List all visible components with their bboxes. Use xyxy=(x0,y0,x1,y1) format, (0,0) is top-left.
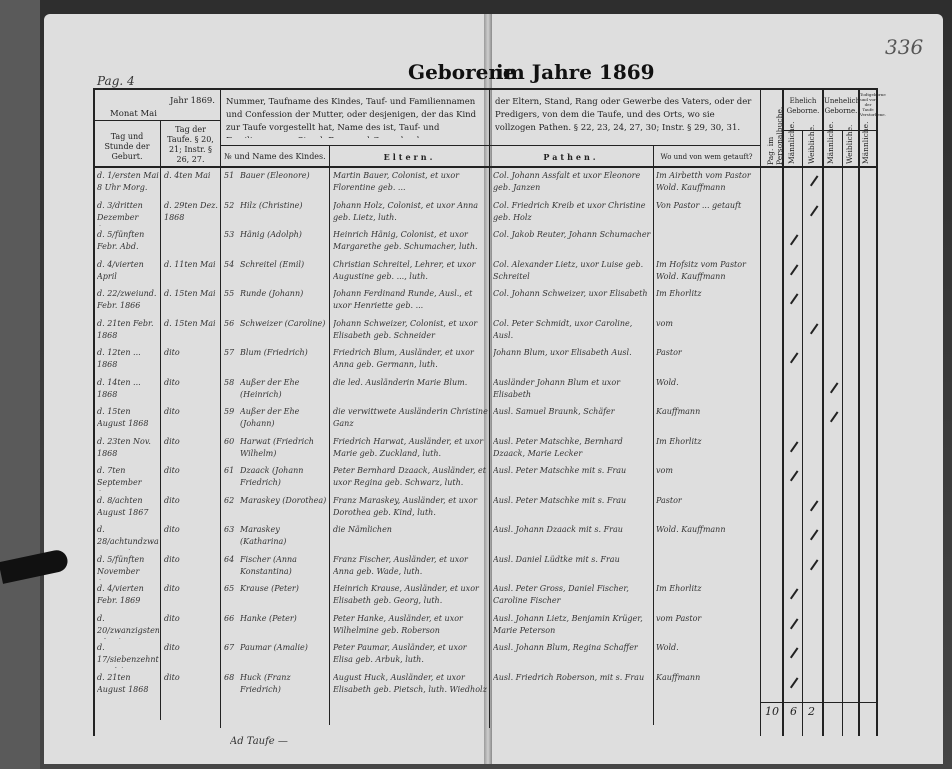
child-name: Krause (Peter) xyxy=(240,583,328,609)
baptism-cell: d. 15ten Mai xyxy=(164,288,219,314)
where-baptized-cell: Im Ehorlitz xyxy=(656,436,759,462)
parents-cell: Johann Holz, Colonist, et uxor Anna geb.… xyxy=(333,200,488,226)
baptism-cell xyxy=(164,229,219,255)
child-number: 53 xyxy=(224,229,238,255)
baptism-cell: dito xyxy=(164,347,219,373)
child-name: Dzaack (Johann Friedrich) xyxy=(240,465,328,491)
godparents-cell: Ausl. Daniel Lüdtke mit s. Frau xyxy=(493,554,651,580)
birth-cell: d. 23ten Nov. 1868 xyxy=(97,436,159,462)
col-divider-legit-group xyxy=(822,88,824,736)
total-legit-female: 6 xyxy=(790,705,797,718)
parents-cell: Peter Bernhard Dzaack, Ausländer, et uxo… xyxy=(333,465,488,491)
baptism-cell: dito xyxy=(164,436,219,462)
where-baptized-cell: Wold. Kauffmann xyxy=(656,524,759,550)
col-divider-birth xyxy=(160,120,161,720)
birth-cell: d. 7ten September 1868 xyxy=(97,465,159,491)
child-name: Maraskey (Dorothea) xyxy=(240,495,328,521)
godparents-cell: Ausl. Johann Blum, Regina Schaffer xyxy=(493,642,651,668)
child-number: 66 xyxy=(224,613,238,639)
birth-cell: d. 22/zweiund. Febr. 1866 xyxy=(97,288,159,314)
totals-line xyxy=(760,702,877,703)
page-ref: Pag. 4 xyxy=(97,74,135,88)
col-header-child: № und Name des Kindes. xyxy=(222,152,328,162)
child-name: Schweizer (Caroline) xyxy=(240,318,328,344)
birth-cell: d. 21ten Febr. 1868 xyxy=(97,318,159,344)
parents-cell: Johann Schweizer, Colonist, et uxor Elis… xyxy=(333,318,488,344)
illegit-female-header: Weibliche. xyxy=(845,134,854,164)
godparents-cell: Ausl. Johann Lietz, Benjamin Krüger, Mar… xyxy=(493,613,651,639)
col-divider-legit xyxy=(802,130,803,736)
child-name: Fischer (Anna Konstantina) xyxy=(240,554,328,580)
legit-male-header: Männliche. xyxy=(787,134,796,164)
where-baptized-cell xyxy=(656,554,759,580)
child-number: 58 xyxy=(224,377,238,403)
legit-female-header: Weibliche. xyxy=(807,134,816,164)
col-divider-illegit-group xyxy=(858,88,860,736)
parents-cell: Johann Ferdinand Runde, Ausl., et uxor H… xyxy=(333,288,488,314)
child-number: 57 xyxy=(224,347,238,373)
where-baptized-cell: Wold. xyxy=(656,642,759,668)
baptism-cell: dito xyxy=(164,583,219,609)
birth-cell: d. 28/achtundzwanzigsten Januar 1869 xyxy=(97,524,159,550)
baptism-cell: dito xyxy=(164,377,219,403)
where-baptized-cell: vom xyxy=(656,318,759,344)
parents-cell: Friedrich Harwat, Ausländer, et uxor Mar… xyxy=(333,436,488,462)
where-baptized-cell: vom Pastor xyxy=(656,613,759,639)
where-baptized-cell xyxy=(656,229,759,255)
parents-cell: Franz Maraskey, Ausländer, et uxor Dorot… xyxy=(333,495,488,521)
year-label: Jahr 1869. xyxy=(110,95,215,108)
parents-cell: Peter Paumar, Ausländer, et uxor Elisa g… xyxy=(333,642,488,668)
child-number: 67 xyxy=(224,642,238,668)
parents-cell: Heinrich Hänig, Colonist, et uxor Margar… xyxy=(333,229,488,255)
col-header-birth: Tag und Stunde der Geburt. xyxy=(96,132,158,162)
baptism-cell: d. 15ten Mai xyxy=(164,318,219,344)
illegit-male-header: Männliche. xyxy=(826,134,835,164)
header-description-right: der Eltern, Stand, Rang oder Gewerbe des… xyxy=(495,96,755,138)
group-header-dead: Todtgeborne und vor der Taufe Verstorben… xyxy=(860,92,876,117)
godparents-cell: Ausl. Johann Dzaack mit s. Frau xyxy=(493,524,651,550)
header-description-left: Nummer, Taufname des Kindes, Tauf- und F… xyxy=(226,96,484,138)
dead-male-header: Männliche. xyxy=(861,134,870,164)
child-name: Blum (Friedrich) xyxy=(240,347,328,373)
birth-cell: d. 8/achten August 1867 xyxy=(97,495,159,521)
birth-cell: d. 4/vierten Febr. 1869 xyxy=(97,583,159,609)
child-number: 63 xyxy=(224,524,238,550)
child-name: Paumar (Amalie) xyxy=(240,642,328,668)
child-name: Außer der Ehe (Heinrich) xyxy=(240,377,328,403)
col-divider-child xyxy=(329,145,330,725)
godparents-cell: Ausl. Peter Gross, Daniel Fischer, Carol… xyxy=(493,583,651,609)
where-baptized-cell: Im Hofsitz vom Pastor Wold. Kauffmann xyxy=(656,259,759,285)
col-header-where: Wo und von wem getauft? xyxy=(654,152,759,162)
godparents-cell: Col. Friedrich Kreib et uxor Christine g… xyxy=(493,200,651,226)
birth-cell: d. 15ten August 1868 xyxy=(97,406,159,432)
where-baptized-cell: Im Ehorlitz xyxy=(656,583,759,609)
where-baptized-cell: Wold. xyxy=(656,377,759,403)
godparents-cell: Col. Johann Assfalt et uxor Eleonore geb… xyxy=(493,170,651,196)
title-right: im Jahre 1869 xyxy=(496,60,655,84)
child-name: Hilz (Christine) xyxy=(240,200,328,226)
godparents-cell: Johann Blum, uxor Elisabeth Ausl. xyxy=(493,347,651,373)
where-baptized-cell: Im Ehorlitz xyxy=(656,288,759,314)
child-name: Hanke (Peter) xyxy=(240,613,328,639)
birth-cell: d. 4/vierten April xyxy=(97,259,159,285)
where-baptized-cell: vom xyxy=(656,465,759,491)
baptism-cell: d. 29ten Dez. 1868 xyxy=(164,200,219,226)
col-header-pag: Pag. im Personalbuche. xyxy=(766,95,784,165)
where-baptized-cell: Pastor xyxy=(656,495,759,521)
birth-cell: d. 5/fünften Febr. Abd. xyxy=(97,229,159,255)
godparents-cell: Ausl. Peter Matschke mit s. Frau xyxy=(493,465,651,491)
birth-cell: d. 1/ersten Mai 8 Uhr Morg. xyxy=(97,170,159,196)
child-number: 60 xyxy=(224,436,238,462)
table-right-border xyxy=(876,88,878,736)
col-divider-parents xyxy=(489,88,490,728)
where-baptized-cell: Im Airbetth vom Pastor Wold. Kauffmann xyxy=(656,170,759,196)
where-baptized-cell: Pastor xyxy=(656,347,759,373)
group-header-legit: Ehelich Geborne. xyxy=(784,96,822,116)
birth-cell: d. 3/dritten Dezember 1868 xyxy=(97,200,159,226)
total-legit-male: 10 xyxy=(765,705,779,718)
parents-cell: die verwittwete Ausländerin Christine Ga… xyxy=(333,406,488,432)
child-number: 68 xyxy=(224,672,238,698)
parents-cell: Martin Bauer, Colonist, et uxor Florenti… xyxy=(333,170,488,196)
baptism-cell: d. 11ten Mai xyxy=(164,259,219,285)
folio-number: 336 xyxy=(885,35,923,59)
godparents-cell: Col. Jakob Reuter, Johann Schumacher xyxy=(493,229,651,255)
child-number: 51 xyxy=(224,170,238,196)
baptism-cell: dito xyxy=(164,613,219,639)
godparents-cell: Ausl. Peter Matschke, Bernhard Dzaack, M… xyxy=(493,436,651,462)
col-divider-where xyxy=(760,88,761,736)
godparents-cell: Col. Johann Schweizer, uxor Elisabeth xyxy=(493,288,651,314)
baptism-cell: dito xyxy=(164,554,219,580)
total-illegit-male: 2 xyxy=(808,705,815,718)
child-name: Huck (Franz Friedrich) xyxy=(240,672,328,698)
child-number: 65 xyxy=(224,583,238,609)
child-name: Maraskey (Katharina) xyxy=(240,524,328,550)
birth-cell: d. 14ten ... 1868 xyxy=(97,377,159,403)
birth-cell: d. 12ten ... 1868 xyxy=(97,347,159,373)
parents-cell: Friedrich Blum, Ausländer, et uxor Anna … xyxy=(333,347,488,373)
baptism-cell: dito xyxy=(164,524,219,550)
child-name: Runde (Johann) xyxy=(240,288,328,314)
subheader-divider xyxy=(220,145,760,146)
baptism-cell: dito xyxy=(164,406,219,432)
child-name: Außer der Ehe (Johann) xyxy=(240,406,328,432)
col-header-baptism: Tag der Taufe. § 20, 21; Instr. § 26, 27… xyxy=(162,125,219,165)
child-name: Harwat (Friedrich Wilhelm) xyxy=(240,436,328,462)
where-baptized-cell: Von Pastor ... getauft xyxy=(656,200,759,226)
godparents-cell: Ausl. Samuel Braunk, Schäfer xyxy=(493,406,651,432)
baptism-cell: d. 4ten Mai xyxy=(164,170,219,196)
where-baptized-cell: Kauffmann xyxy=(656,406,759,432)
birth-cell: d. 20/zwanzigsten Okt. 1868 xyxy=(97,613,159,639)
parents-cell: Peter Hanke, Ausländer, et uxor Wilhelmi… xyxy=(333,613,488,639)
child-name: Bauer (Eleonore) xyxy=(240,170,328,196)
birth-cell: d. 5/fünften November 1868 xyxy=(97,554,159,580)
godparents-cell: Ausl. Friedrich Roberson, mit s. Frau xyxy=(493,672,651,698)
birth-cell: d. 17/siebenzehnten April 1867 xyxy=(97,642,159,668)
child-number: 52 xyxy=(224,200,238,226)
col-divider-pag xyxy=(782,88,784,736)
parents-cell: Heinrich Krause, Ausländer, et uxor Elis… xyxy=(333,583,488,609)
col-header-godparents: Pathen. xyxy=(491,152,651,162)
baptism-cell: dito xyxy=(164,465,219,491)
child-number: 59 xyxy=(224,406,238,432)
parents-cell: die led. Ausländerin Marie Blum. xyxy=(333,377,488,403)
child-number: 64 xyxy=(224,554,238,580)
month-label: Monat Mai xyxy=(110,108,157,121)
child-number: 62 xyxy=(224,495,238,521)
col-divider-illegit xyxy=(842,130,843,736)
child-number: 55 xyxy=(224,288,238,314)
col-header-parents: Eltern. xyxy=(331,152,488,162)
parents-cell: die Nämlichen xyxy=(333,524,488,550)
baptism-cell: dito xyxy=(164,495,219,521)
parents-cell: August Huck, Ausländer, et uxor Elisabet… xyxy=(333,672,488,698)
col-divider-baptism xyxy=(220,88,221,728)
parents-cell: Christian Schreitel, Lehrer, et uxor Aug… xyxy=(333,259,488,285)
where-baptized-cell: Kauffmann xyxy=(656,672,759,698)
baptism-cell: dito xyxy=(164,642,219,668)
child-number: 54 xyxy=(224,259,238,285)
birth-cell: d. 21ten August 1868 xyxy=(97,672,159,698)
group-header-illegit: Unehelich Geborne. xyxy=(824,96,858,116)
col-divider-godparents xyxy=(653,145,654,725)
parents-cell: Franz Fischer, Ausländer, et uxor Anna g… xyxy=(333,554,488,580)
footer-note: Ad Taufe — xyxy=(230,736,288,748)
child-name: Schreitel (Emil) xyxy=(240,259,328,285)
table-left-border xyxy=(93,88,95,736)
child-name: Hänig (Adolph) xyxy=(240,229,328,255)
child-number: 61 xyxy=(224,465,238,491)
child-number: 56 xyxy=(224,318,238,344)
godparents-cell: Ausländer Johann Blum et uxor Elisabeth xyxy=(493,377,651,403)
godparents-cell: Ausl. Peter Matschke mit s. Frau xyxy=(493,495,651,521)
baptism-cell: dito xyxy=(164,672,219,698)
godparents-cell: Col. Peter Schmidt, uxor Caroline, Ausl. xyxy=(493,318,651,344)
binder-edge xyxy=(0,0,40,769)
godparents-cell: Col. Alexander Lietz, uxor Luise geb. Sc… xyxy=(493,259,651,285)
